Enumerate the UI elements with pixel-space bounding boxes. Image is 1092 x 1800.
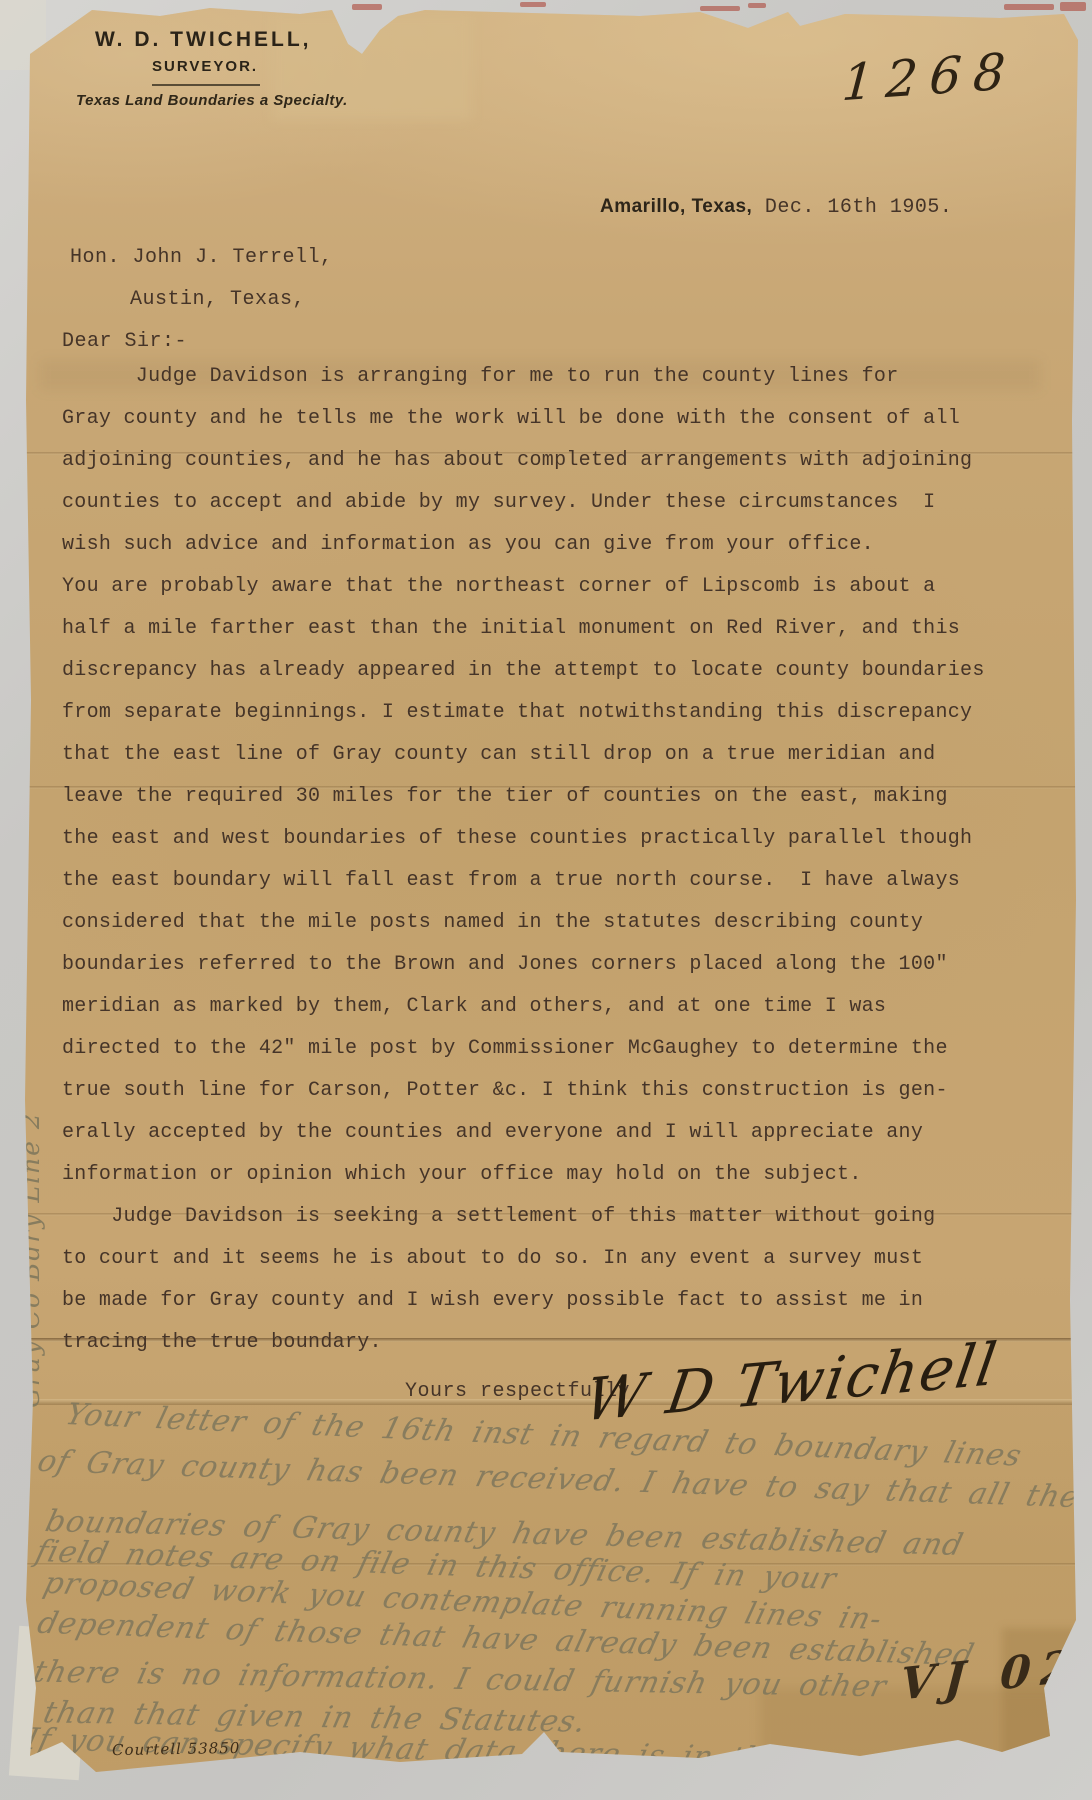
letterhead-divider [152,84,260,86]
body-line: to court and it seems he is about to do … [62,1238,985,1280]
body-line: boundaries referred to the Brown and Jon… [62,944,985,986]
red-edge-mark [1060,2,1086,11]
recipient-city: Austin, Texas, [130,288,305,311]
body-line: considered that the mile posts named in … [62,902,985,944]
body-line: from separate beginnings. I estimate tha… [62,692,985,734]
body-line: information or opinion which your office… [62,1154,985,1196]
dateline-place: Amarillo, Texas, [600,196,752,217]
body-line: half a mile farther east than the initia… [62,608,985,650]
letter-body: Judge Davidson is arranging for me to ru… [62,356,985,1364]
letterhead-tagline: Texas Land Boundaries a Specialty. [76,92,348,109]
letter-paper: W. D. TWICHELL, SURVEYOR. Texas Land Bou… [0,0,1092,1800]
body-line: leave the required 30 miles for the tier… [62,776,985,818]
margin-note-vertical: Gray Co Bdry Line 2 [16,1076,45,1408]
red-edge-mark [700,6,740,11]
recipient-name: Hon. John J. Terrell, [70,246,333,269]
body-line: Judge Davidson is seeking a settlement o… [62,1196,985,1238]
archive-number-handwritten: 1268 [840,42,1019,113]
body-line: discrepancy has already appeared in the … [62,650,985,692]
red-edge-mark [1004,4,1054,10]
scanned-letter-page: W. D. TWICHELL, SURVEYOR. Texas Land Bou… [0,0,1092,1800]
dateline: Amarillo, Texas, Dec. 16th 1905. [600,196,952,219]
body-line: wish such advice and information as you … [62,524,985,566]
letterhead-title: SURVEYOR. [152,58,258,75]
red-edge-mark [520,2,546,7]
body-line: counties to accept and abide by my surve… [62,482,985,524]
body-line: directed to the 42" mile post by Commiss… [62,1028,985,1070]
body-line: erally accepted by the counties and ever… [62,1112,985,1154]
body-line: the east boundary will fall east from a … [62,860,985,902]
dateline-date: Dec. 16th 1905. [752,196,952,219]
letterhead-name: W. D. TWICHELL, [95,28,311,52]
body-line: that the east line of Gray county can st… [62,734,985,776]
body-line: Judge Davidson is arranging for me to ru… [62,356,985,398]
body-line: Gray county and he tells me the work wil… [62,398,985,440]
body-line: You are probably aware that the northeas… [62,566,985,608]
body-line: true south line for Carson, Potter &c. I… [62,1070,985,1112]
footer-reference-number: Courtell 53850 [112,1739,241,1759]
body-line: adjoining counties, and he has about com… [62,440,985,482]
body-line: meridian as marked by them, Clark and ot… [62,986,985,1028]
salutation: Dear Sir:- [62,330,187,353]
body-line: be made for Gray county and I wish every… [62,1280,985,1322]
red-edge-mark [352,4,382,10]
red-edge-mark [748,3,766,8]
body-line: the east and west boundaries of these co… [62,818,985,860]
